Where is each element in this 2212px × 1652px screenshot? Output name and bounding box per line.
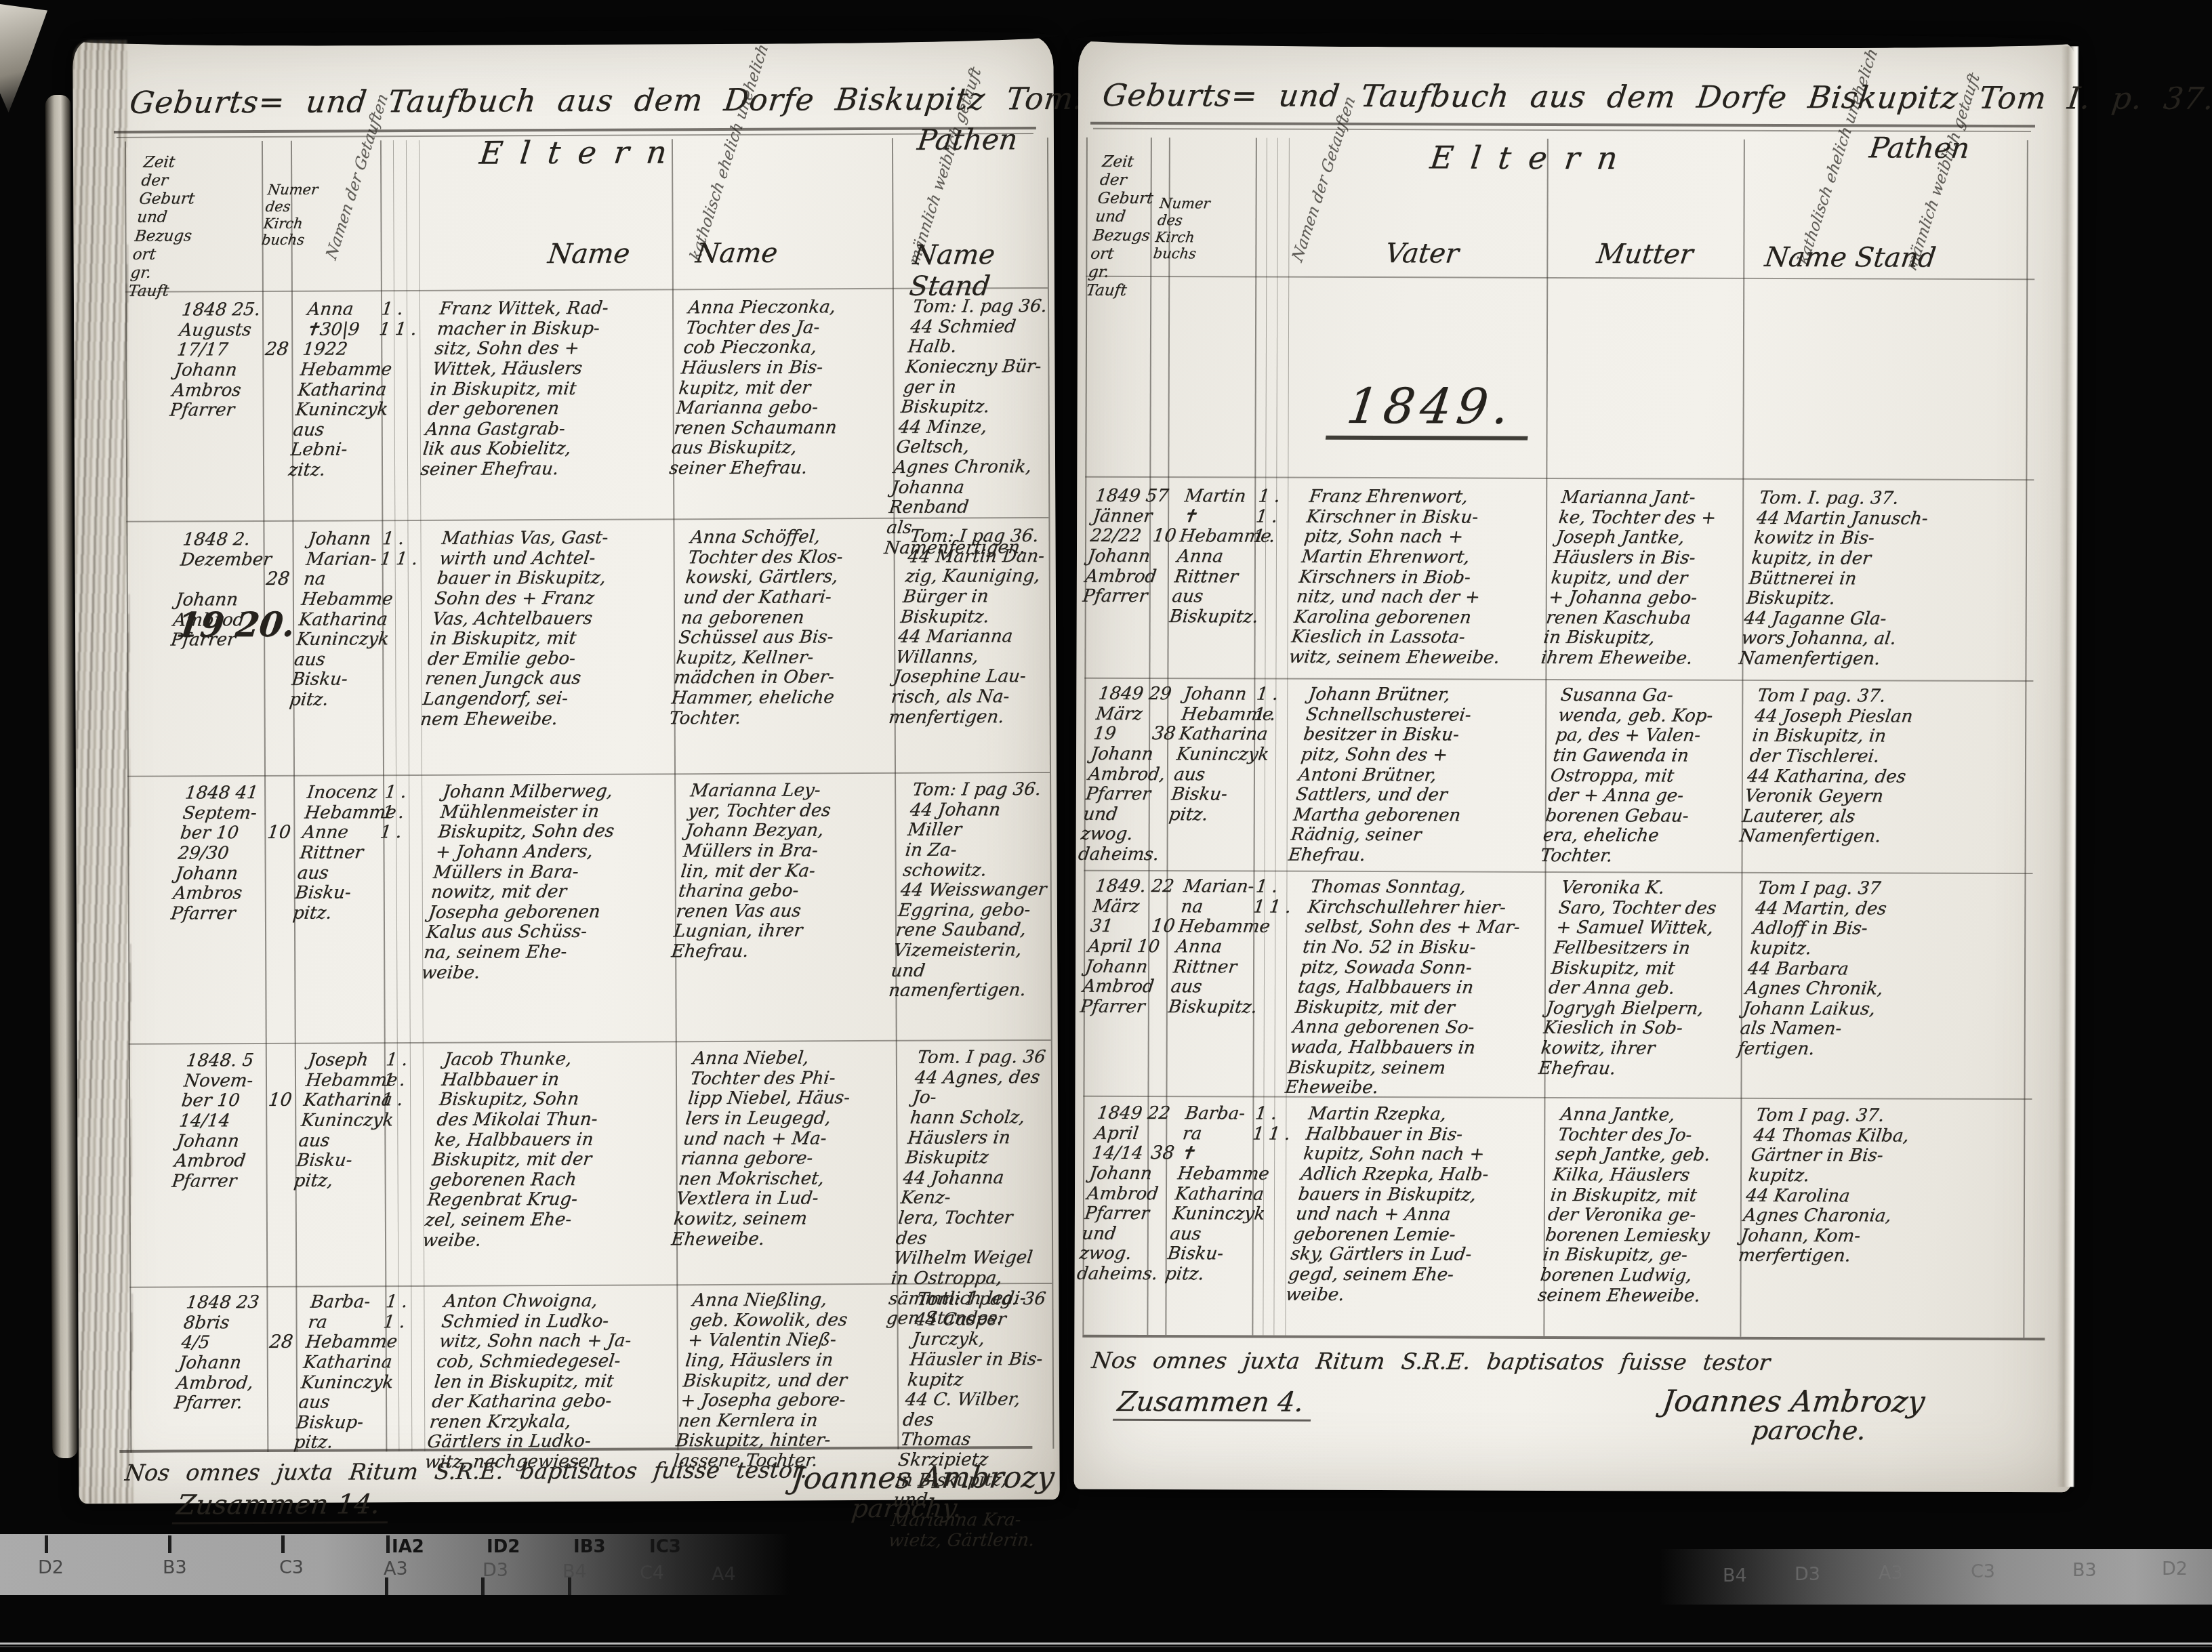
cell-mother: Marianna Jant- ke, Tochter des + Joseph … [1540, 488, 1750, 669]
page-stack-edge [2057, 46, 2079, 1487]
cell-number: 10 [1150, 916, 1176, 937]
header-bottom-rule [1086, 276, 2034, 280]
cell-child-name: Martin ✝ Hebamme Anna Rittner aus Biskup… [1168, 487, 1266, 627]
cell-mother: Anna Schöffel, Tochter des Klos- kowski,… [668, 527, 901, 729]
row-rule [1084, 870, 2033, 874]
cell-tally: 1. 1. [1253, 685, 1305, 725]
year-heading: 1849. [1326, 377, 1536, 440]
row-rule [1085, 476, 2034, 480]
table-rule [1082, 138, 1088, 1335]
book-gutter-shadow [73, 40, 133, 1504]
cell-godparents: Tom. I pag. 36 44 Agnes, des Jo- hann Sc… [885, 1048, 1067, 1329]
ruler-tick [45, 1535, 48, 1553]
ruler-label: A3 [384, 1558, 408, 1579]
cell-tally: 1. 11. [379, 529, 436, 570]
cell-father: Martin Rzepka, Halbbauer in Bis- kupitz,… [1284, 1104, 1552, 1306]
cell-mother: Anna Jantke, Tochter des Jo- seph Jantke… [1536, 1105, 1748, 1306]
ruler-tick [168, 1535, 171, 1553]
priest-signature: Joannes Ambrozy [790, 1460, 1057, 1496]
cell-date: 1848 23 8bris 4/5 Johann Ambrod, Pfarrer… [173, 1293, 302, 1414]
cell-godparents: Tom: I pag 36. 44 Martin Dan- zig, Kauni… [888, 526, 1061, 728]
cell-date: 1849. 22 März 31 April 10 Johann Ambrod … [1079, 877, 1178, 1018]
ruler-label: D2 [2162, 1558, 2188, 1579]
cell-number: 28 [268, 1332, 301, 1353]
column-header-mutter-name: Name [694, 238, 779, 270]
ruler-label: C3 [279, 1557, 304, 1578]
microfilm-frame: Geburts= und Taufbuch aus dem Dorfe Bisk… [0, 0, 2212, 1652]
cell-godparents: Tom: I. pag 36. 44 Schmied Halb. Koniecz… [883, 297, 1063, 558]
ruler-tick [386, 1535, 390, 1553]
register-entry-row: 1848. 5 Novem- ber 10 14/14 Johann Ambro… [77, 1048, 1058, 1052]
cell-father: Thomas Sonntag, Kirchschullehrer hier- s… [1284, 877, 1554, 1099]
table-rule-thin [1285, 138, 1290, 1336]
cell-date: 1848 41 Septem- ber 10 29/30 Johann Ambr… [169, 783, 302, 924]
cell-mother: Marianna Ley- yer, Tochter des Johann Be… [670, 781, 901, 962]
row-rule [1083, 1096, 2032, 1100]
priest-signature-title: paroche. [1750, 1416, 1868, 1446]
title-underline [1090, 122, 2035, 127]
priest-signature: Joannes Ambrozy [1660, 1384, 1927, 1419]
cell-tally: 1. 1. 1. [380, 1050, 441, 1111]
ruler-tick [281, 1535, 285, 1553]
section-header-eltern: Eltern [478, 133, 687, 171]
cell-tally: 1. 11. [1252, 1104, 1304, 1144]
footer-total: Zusammen 14. [172, 1489, 392, 1524]
cell-number: 28 [264, 339, 296, 360]
cell-godparents: Tom. I. pag. 37. 44 Martin Janusch- kowi… [1738, 489, 1964, 669]
cell-father: Franz Wittek, Rad- macher in Biskup- sit… [419, 298, 680, 480]
cell-tally: 1. 1. 1. [379, 783, 439, 843]
column-header-numer: Numer des Kirch buchs [261, 182, 319, 249]
cell-mother: Anna Niebel, Tochter des Phi- lipp Niebe… [670, 1048, 903, 1250]
ruler-label: IC3 [649, 1537, 681, 1557]
cell-date: 1849 29 März 19 Johann Ambrod, Pfarrer u… [1077, 684, 1181, 865]
cell-mother: Susanna Ga- wenda, geb. Kop- pa, des + V… [1539, 686, 1749, 867]
ruler-label: ID2 [487, 1537, 520, 1557]
footer-total: Zusammen 4. [1113, 1386, 1315, 1422]
priest-signature-title: parochy. [850, 1493, 963, 1523]
cell-number: 10 [1151, 526, 1177, 547]
cell-child-name: Marian- na Hebamme Anna Rittner aus Bisk… [1167, 877, 1265, 1018]
cell-godparents: Tom I pag. 37. 44 Joseph Pieslan in Bisk… [1738, 686, 1962, 848]
row-rule [129, 1039, 1051, 1045]
cell-number: 28 [265, 569, 298, 590]
footer-latin-attestation: Nos omnes juxta Ritum S.R.E. baptisatos … [1090, 1347, 1771, 1376]
cell-godparents: Tom I pag. 37. 44 Thomas Kilba, Gärtner … [1737, 1106, 1961, 1267]
cell-number: 10 [267, 1090, 300, 1111]
cell-mother: Veronika K. Saro, Tochter des + Samuel W… [1537, 878, 1749, 1079]
cell-number: 38 [1149, 1143, 1175, 1164]
table-rule [2023, 140, 2028, 1338]
cell-father: Mathias Vas, Gast- wirth und Achtel- bau… [419, 528, 682, 730]
column-header-zeit: Zeit der Geburt und Bezugs ort gr. Tauft [1085, 153, 1160, 300]
register-entry-row: 1849 57 Jänner 22/22 Johann Ambrod Pfarr… [1077, 487, 2074, 490]
cell-tally: 1. 1. [382, 1292, 440, 1333]
cell-date: 1848. 5 Novem- ber 10 14/14 Johann Ambro… [171, 1051, 303, 1192]
register-entry-row: 1848 41 Septem- ber 10 29/30 Johann Ambr… [76, 780, 1057, 784]
register-entry-row: 1849. 22 März 31 April 10 Johann Ambrod … [1076, 877, 2073, 880]
column-header-numer: Numer des Kirch buchs [1152, 195, 1211, 262]
footer-rule [1082, 1335, 2045, 1340]
register-page-left: Geburts= und Taufbuch aus dem Dorfe Bisk… [73, 36, 1059, 1504]
ruler-label: A4 [712, 1564, 736, 1585]
cell-father: Jacob Thunke, Halbbauer in Biskupitz, So… [422, 1049, 684, 1251]
column-header-diagonal-religion: katholisch ehelich unehelich [687, 41, 772, 264]
cell-mother: Anna Pieczonka, Tochter des Ja- cob Piec… [668, 297, 899, 479]
ruler-label: D2 [38, 1557, 64, 1578]
cell-stamp-number: 19 20. [175, 604, 298, 645]
column-header-diagonal-names: Namen der Getauften [1289, 93, 1359, 265]
film-frame-line-shadow [0, 1646, 2212, 1647]
ruler-label: D3 [483, 1560, 508, 1581]
cell-child-name: Barba- ra ✝ Hebamme Katharina Kuninczyk … [1164, 1104, 1267, 1285]
ruler-label: C3 [1971, 1561, 1995, 1582]
torn-page-corner [0, 4, 47, 112]
cell-number: 38 [1151, 724, 1176, 745]
ruler-label: D3 [1795, 1564, 1820, 1585]
cell-father: Johann Brütner, Schnellschusterei- besit… [1287, 685, 1553, 867]
cell-date: 1848 25. Augusts 17/17 Johann Ambros Pfa… [169, 300, 298, 421]
row-rule [127, 772, 1050, 777]
cell-child-name: Johann Hebamme Katharina Kuninczyk aus B… [1168, 684, 1265, 825]
row-rule [1084, 678, 2033, 682]
film-frame-line [0, 1643, 2212, 1645]
cell-father: Anton Chwoigna, Schmied in Ludko- witz, … [424, 1291, 684, 1472]
ruler-label: B3 [2072, 1560, 2097, 1581]
ruler-label: B4 [562, 1561, 587, 1582]
ruler-label: B3 [163, 1557, 187, 1578]
column-header-pathen-name-stand: Name Stand [907, 239, 1058, 302]
ruler-label: C4 [640, 1563, 664, 1584]
cell-date: 1849 22 April 14/14 Johann Ambrod Pfarre… [1076, 1104, 1180, 1285]
column-header-vater: Vater [1383, 238, 1460, 269]
cell-godparents: Tom: I pag 36. 44 Johann Miller in Za- s… [887, 780, 1063, 1001]
ruler-label: A3 [1879, 1563, 1903, 1584]
register-entry-row: 1849 22 April 14/14 Johann Ambrod Pfarre… [1075, 1104, 2072, 1107]
ruler-label: IB3 [573, 1537, 606, 1557]
column-header-vater-name: Name [546, 239, 632, 270]
register-page-right: Geburts= und Taufbuch aus dem Dorfe Bisk… [1074, 39, 2076, 1493]
page-title: Geburts= und Taufbuch aus dem Dorfe Bisk… [1101, 77, 2212, 117]
section-header-pathen: Pathen [916, 123, 1019, 157]
cell-godparents: Tom I pag. 37 44 Martin, des Adloff in B… [1736, 879, 1963, 1060]
ruler-label: B4 [1723, 1565, 1747, 1586]
cell-tally: 1. 11. [1252, 877, 1305, 917]
cell-father: Johann Milberweg, Mühlenmeister in Bisku… [420, 781, 682, 983]
ruler-tick [385, 1577, 388, 1595]
register-entry-row: 1849 29 März 19 Johann Ambrod, Pfarrer u… [1076, 684, 2074, 688]
title-underline [114, 127, 1036, 133]
footer-latin-attestation: Nos omnes juxta Ritum S.R.E. baptisatos … [123, 1456, 809, 1485]
column-header-mutter: Mutter [1595, 239, 1694, 270]
cell-number: 10 [266, 823, 299, 844]
section-header-eltern: Eltern [1428, 139, 1637, 176]
column-header-zeit: Zeit der Geburt und Bezugs ort gr. Tauft [127, 153, 202, 300]
cell-tally: 1. 11. [378, 300, 436, 340]
ruler-label: IA2 [392, 1537, 424, 1557]
cell-father: Franz Ehrenwort, Kirschner in Bisku- pit… [1288, 487, 1553, 669]
table-rule-thin [1273, 138, 1278, 1336]
cell-tally: 1. 1. 1. [1252, 487, 1307, 548]
column-header-pathen-name-stand: Name Stand [1763, 242, 1938, 274]
cell-mother: Anna Nießling, geb. Kowolik, des + Valen… [672, 1290, 903, 1472]
